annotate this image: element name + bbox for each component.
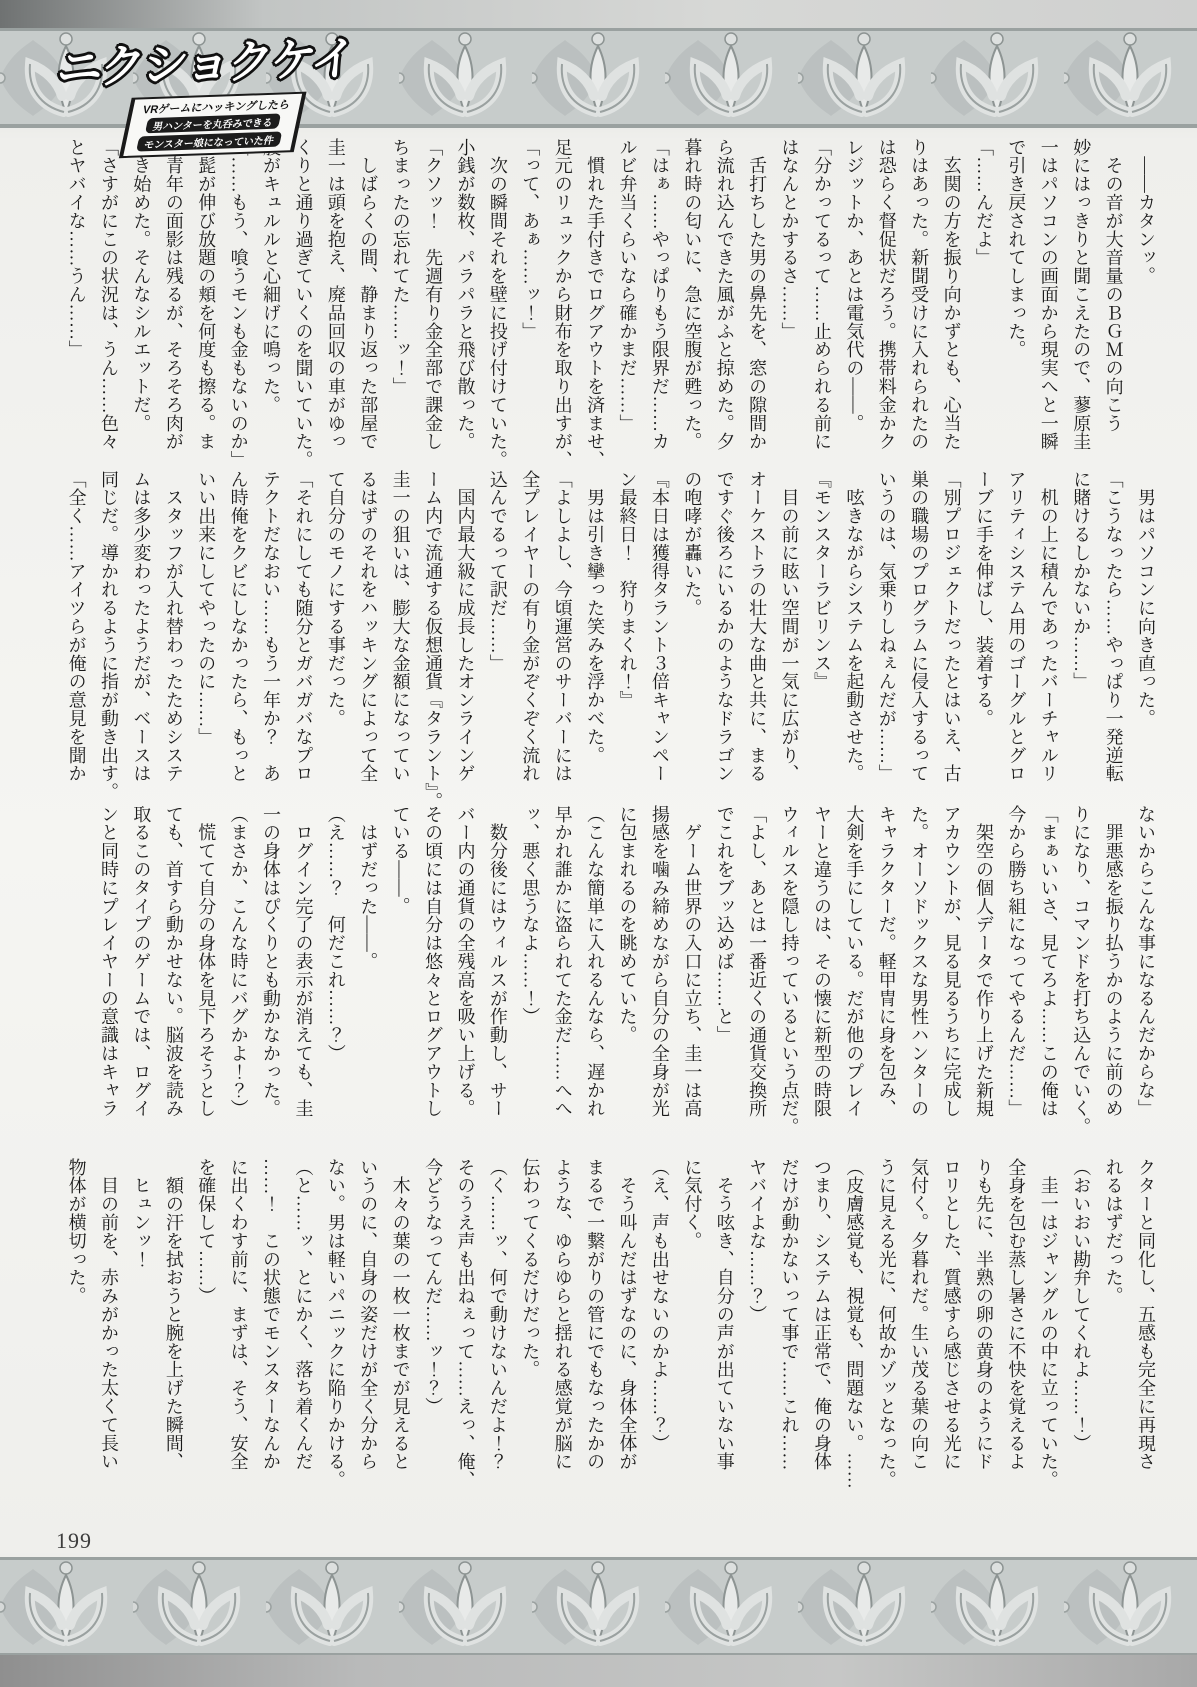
- text-column: 込んでるって訳だ……」: [481, 470, 513, 806]
- text-column: （こんな簡単に入れるんなら、遅かれ: [579, 805, 611, 1141]
- text-column: キャラクターだ。軽甲冑に身を包み、: [870, 805, 902, 1141]
- text-column: 「別プロジェクトだったとはいえ、古: [935, 470, 967, 806]
- text-column: テクトだなおい……もう一年か？ あ: [255, 470, 287, 806]
- text-column: 圭一の狙いは、膨大な金額になってい: [384, 470, 416, 806]
- text-column: 付き始めた。そんなシルエットだ。: [125, 138, 157, 474]
- text-column: でこれをブッ込めば……と」: [708, 805, 740, 1141]
- text-column: 次の瞬間それを壁に投げ付けていた。: [481, 138, 513, 474]
- text-column: 巣の職場のプログラムに侵入するって: [903, 470, 935, 806]
- text-column: （おいおい勘弁してくれよ……！）: [1065, 1158, 1097, 1494]
- novel-text-band-2: 男はパソコンに向き直った。「こうなったら……やっぱり一発逆転に賭けるしかないか……: [58, 470, 1162, 806]
- text-column: 妙にはっきりと聞こえたので、蓼原圭: [1065, 138, 1097, 474]
- text-column: を確保して……）: [190, 1158, 222, 1494]
- text-column: 一はパソコンの画面から現実へと一瞬: [1032, 138, 1064, 474]
- text-column: 大剣を手にしている。だが他のプレイ: [838, 805, 870, 1141]
- text-column: とヤバイな……うん……」: [60, 138, 92, 474]
- text-column: 架空の個人データで作り上げた新規: [968, 805, 1000, 1141]
- text-column: ッ、悪く思うなよ……！）: [514, 805, 546, 1141]
- page-top-edge-shading: [0, 0, 1197, 30]
- text-column: いうのは、気乗りしねぇんだが……」: [870, 470, 902, 806]
- text-column: 男は引き攣った笑みを浮かべた。: [579, 470, 611, 806]
- text-column: 同じだ。導かれるように指が動き出す。: [93, 470, 125, 806]
- text-column: 腹がキュルルと心細げに鳴った。: [255, 138, 287, 474]
- text-column: た。オーソドックスな男性ハンターの: [903, 805, 935, 1141]
- text-column: レジットか、あとは電気代の――。: [838, 138, 870, 474]
- text-column: いうのに、自身の姿だけが全く分から: [352, 1158, 384, 1494]
- text-column: ら流れ込んできた風がふと掠めた。夕: [708, 138, 740, 474]
- text-column: だ青年の面影は残るが、そろそろ肉が: [157, 138, 189, 474]
- text-column: 目の前を、赤みがかった太くて長い: [93, 1158, 125, 1494]
- text-column: （まさか、こんな時にバグかよ！？）: [222, 805, 254, 1141]
- text-column: （く……ッ、何で動けないんだよ！？: [481, 1158, 513, 1494]
- text-column: 一の身体はぴくりとも動かなかった。: [255, 805, 287, 1141]
- text-column: に賭けるしかないか……」: [1065, 470, 1097, 806]
- text-column: ーム内で流通する仮想通貨『タラント』。: [417, 470, 449, 806]
- text-column: 男はパソコンに向き直った。: [1130, 470, 1162, 806]
- text-column: 「よし、あとは一番近くの通貨交換所: [741, 805, 773, 1141]
- text-column: ても、首すら動かせない。脳波を読み: [157, 805, 189, 1141]
- text-column: ないからこんな事になるんだからな」: [1130, 805, 1162, 1141]
- text-column: 玄関の方を振り向かずとも、心当た: [935, 138, 967, 474]
- text-column: 慌てて自分の身体を見下ろそうとし: [190, 805, 222, 1141]
- text-column: で引き戻されてしまった。: [1000, 138, 1032, 474]
- text-column: 「さすがにこの状況は、うん……色々: [93, 138, 125, 474]
- text-column: 木々の葉の一枚一枚までが見えると: [384, 1158, 416, 1494]
- text-column: 全身を包む蒸し暑さに不快を覚えるよ: [1000, 1158, 1032, 1494]
- text-column: ている――。: [384, 805, 416, 1141]
- text-column: ――カタンッ。: [1130, 138, 1162, 474]
- text-column: 気付く。夕暮れだ。生い茂る葉の向こ: [903, 1158, 935, 1494]
- text-column: 数分後にはウィルスが作動し、サー: [481, 805, 513, 1141]
- novel-text-band-3: ないからこんな事になるんだからな」 罪悪感を振り払うかのように前のめりになり、コ…: [58, 805, 1162, 1141]
- text-column: ちまったの忘れてた……ッ！」: [384, 138, 416, 474]
- series-logo-subtitle: VRゲームにハッキングしたら 男ハンターを丸呑みできる モンスター娘になっていた…: [119, 92, 307, 159]
- text-column: 舌打ちした男の鼻先を、窓の隙間か: [741, 138, 773, 474]
- text-column: 「はぁ……やっぱりもう限界だ……カ: [644, 138, 676, 474]
- text-column: 「分かってるって……止められる前に: [806, 138, 838, 474]
- text-column: 呟きながらシステムを起動させた。: [838, 470, 870, 806]
- text-column: ルビ弁当くらいなら確かまだ……」: [611, 138, 643, 474]
- text-column: 目の前に眩い空間が一気に広がり、: [773, 470, 805, 806]
- text-column: ン最終日！ 狩りまくれ！』: [611, 470, 643, 806]
- text-column: はなんとかするさ……」: [773, 138, 805, 474]
- text-column: （え、声も出せないのかよ……？）: [644, 1158, 676, 1494]
- text-column: 「よしよし、今頃運営のサーバーには: [546, 470, 578, 806]
- text-column: 「……んだよ」: [968, 138, 1000, 474]
- text-column: （え……？ 何だこれ……？）: [319, 805, 351, 1141]
- text-column: ヤーと違うのは、その懐に新型の時限: [806, 805, 838, 1141]
- series-logo-title: ニクショクケイ: [55, 20, 419, 99]
- text-column: ヒュンッ！: [125, 1158, 157, 1494]
- text-column: オーケストラの壮大な曲と共に、まる: [741, 470, 773, 806]
- text-column: りになり、コマンドを打ち込んでいく。: [1065, 805, 1097, 1141]
- text-column: ……！ この状態でモンスターなんか: [255, 1158, 287, 1494]
- page-number: 199: [56, 1528, 92, 1554]
- text-column: 額の汗を拭おうと腕を上げた瞬間、: [157, 1158, 189, 1494]
- text-column: 罪悪感を振り払うかのように前のめ: [1097, 805, 1129, 1141]
- text-column: ですぐ後ろにいるかのようなドラゴン: [708, 470, 740, 806]
- text-column: に包まれるのを眺めていた。: [611, 805, 643, 1141]
- text-column: 物体が横切った。: [60, 1158, 92, 1494]
- text-column: くりと通り過ぎていくのを聞いていた。: [287, 138, 319, 474]
- text-column: まるで一繋がりの管にでもなったかの: [579, 1158, 611, 1494]
- bottom-ornament-border: [0, 1557, 1197, 1657]
- text-column: 「全く……アイツらが俺の意見を聞か: [60, 470, 92, 806]
- text-column: 暮れ時の匂いに、急に空腹が甦った。: [676, 138, 708, 474]
- text-column: て自分のモノにする事だった。: [319, 470, 351, 806]
- text-column: れるはずだった。: [1097, 1158, 1129, 1494]
- text-column: ロリとした、質感すら感じさせる光に: [935, 1158, 967, 1494]
- text-column: 「って、あぁ……ッ！」: [514, 138, 546, 474]
- text-column: つまり、システムは正常で、俺の身体: [806, 1158, 838, 1494]
- text-column: 今から勝ち組になってやるんだ……」: [1000, 805, 1032, 1141]
- text-column: そのうえ声も出ねぇって……えっ、俺、: [449, 1158, 481, 1494]
- text-column: いい出来にしてやったのに……」: [190, 470, 222, 806]
- text-column: 髭が伸び放題の頬を何度も擦る。ま: [190, 138, 222, 474]
- text-column: はずだった――。: [352, 805, 384, 1141]
- text-column: スタッフが入れ替わったためシステ: [157, 470, 189, 806]
- text-column: 圭一は頭を抱え、廃品回収の車がゆっ: [319, 138, 351, 474]
- text-column: ンと同時にプレイヤーの意識はキャラ: [93, 805, 125, 1141]
- text-column: 「こうなったら……やっぱり一発逆転: [1097, 470, 1129, 806]
- series-logo-subtitle-line2: 男ハンターを丸呑みできる: [145, 114, 282, 134]
- text-column: 早かれ誰かに盗られてた金だ……へへ: [546, 805, 578, 1141]
- text-column: るはずのそれをハッキングによって全: [352, 470, 384, 806]
- novel-text-band-1: ――カタンッ。 その音が大音量のＢＧＭの向こう妙にはっきりと聞こえたので、蓼原圭…: [58, 138, 1162, 474]
- text-column: 「……もう、喰うモンも金もないのか」: [222, 138, 254, 474]
- text-column: ヤバイよな……？）: [741, 1158, 773, 1494]
- text-column: 国内最大級に成長したオンラインゲ: [449, 470, 481, 806]
- text-column: ゲーム世界の入口に立ち、圭一は高: [676, 805, 708, 1141]
- text-column: 圭一はジャングルの中に立っていた。: [1032, 1158, 1064, 1494]
- text-column: だけが動かないって事で……これ……: [773, 1158, 805, 1494]
- text-column: 「それにしても随分とガバガバなプロ: [287, 470, 319, 806]
- text-column: りも先に、半熟の卵の黄身のようにド: [968, 1158, 1000, 1494]
- series-logo: ニクショクケイ VRゲームにハッキングしたら 男ハンターを丸呑みできる モンスタ…: [56, 20, 420, 160]
- text-column: その頃には自分は悠々とログアウトし: [417, 805, 449, 1141]
- text-column: アカウントが、見る見るうちに完成し: [935, 805, 967, 1141]
- text-column: は恐らく督促状だろう。携帯料金かク: [870, 138, 902, 474]
- text-column: ムは多少変わったようだが、ベースは: [125, 470, 157, 806]
- text-column: アリティシステム用のゴーグルとグロ: [1000, 470, 1032, 806]
- text-column: 全プレイヤーの有り金がぞくぞく流れ: [514, 470, 546, 806]
- novel-page: ニクショクケイ VRゲームにハッキングしたら 男ハンターを丸呑みできる モンスタ…: [0, 0, 1197, 1687]
- text-column: クターと同化し、五感も完全に再現さ: [1130, 1158, 1162, 1494]
- text-column: 『本日は獲得タラント３倍キャンペー: [644, 470, 676, 806]
- text-column: 揚感を噛み締めながら自分の全身が光: [644, 805, 676, 1141]
- text-column: りはあった。新聞受けに入れられたの: [903, 138, 935, 474]
- text-column: バー内の通貨の全残高を吸い上げる。: [449, 805, 481, 1141]
- text-column: 「クソッ！ 先週有り金全部で課金し: [417, 138, 449, 474]
- text-column: そう呟き、自分の声が出ていない事: [708, 1158, 740, 1494]
- text-column: その音が大音量のＢＧＭの向こう: [1097, 138, 1129, 474]
- text-column: 「まぁいいさ、見てろよ……この俺は: [1032, 805, 1064, 1141]
- text-column: ない。男は軽いパニックに陥りかける。: [319, 1158, 351, 1494]
- novel-text-band-4: クターと同化し、五感も完全に再現されるはずだった。（おいおい勘弁してくれよ……！…: [58, 1158, 1162, 1494]
- text-column: （と……ッ、とにかく、落ち着くんだ: [287, 1158, 319, 1494]
- text-column: 小銭が数枚、パラパラと飛び散った。: [449, 138, 481, 474]
- text-column: に気付く。: [676, 1158, 708, 1494]
- text-column: 机の上に積んであったバーチャルリ: [1032, 470, 1064, 806]
- text-column: 取るこのタイプのゲームでは、ログイ: [125, 805, 157, 1141]
- page-bottom-edge-shading: [0, 1655, 1197, 1687]
- text-column: しばらくの間、静まり返った部屋で: [352, 138, 384, 474]
- text-column: ログイン完了の表示が消えても、圭: [287, 805, 319, 1141]
- text-column: に出くわす前に、まずは、そう、安全: [222, 1158, 254, 1494]
- text-column: 伝わってくるだけだった。: [514, 1158, 546, 1494]
- text-column: （皮膚感覚も、視覚も、問題ない。……: [838, 1158, 870, 1494]
- text-column: ーブに手を伸ばし、装着する。: [968, 470, 1000, 806]
- text-column: ん時俺をクビにしなかったら、もっと: [222, 470, 254, 806]
- text-column: 慣れた手付きでログアウトを済ませ、: [579, 138, 611, 474]
- text-column: 『モンスターラビリンス』: [806, 470, 838, 806]
- text-column: 今どうなってんだ……ッ！？）: [417, 1158, 449, 1494]
- text-column: うに見える光に、何故かゾッとなった。: [870, 1158, 902, 1494]
- text-column: の咆哮が轟いた。: [676, 470, 708, 806]
- text-column: そう叫んだはずなのに、身体全体が: [611, 1158, 643, 1494]
- text-column: ウィルスを隠し持っているという点だ。: [773, 805, 805, 1141]
- series-logo-subtitle-line3: モンスター娘になっていた件: [136, 131, 283, 151]
- text-column: ような、ゆらゆらと揺れる感覚が脳に: [546, 1158, 578, 1494]
- text-column: 足元のリュックから財布を取り出すが、: [546, 138, 578, 474]
